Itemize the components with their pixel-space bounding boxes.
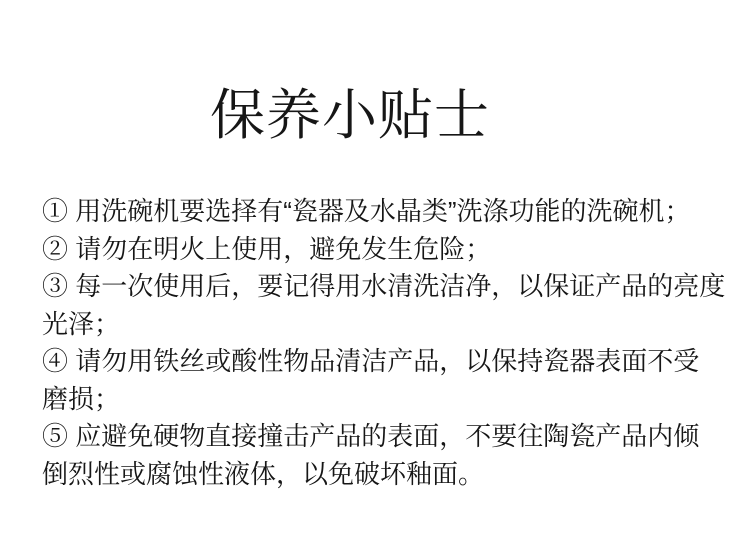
tip-2-line-1: ② 请勿在明火上使用，避免发生危险；	[42, 231, 747, 269]
page-title: 保养小贴士	[0, 84, 700, 146]
tip-5-line-2: 倒烈性或腐蚀性液体，以免破坏釉面。	[42, 456, 747, 494]
tip-item-3: ③ 每一次使用后，要记得用水清洗洁净，以保证产品的亮度 光泽；	[42, 268, 747, 343]
care-instructions-page: 保养小贴士 ① 用洗碗机要选择有“瓷器及水晶类”洗涤功能的洗碗机； ② 请勿在明…	[0, 0, 750, 542]
tip-item-4: ④ 请勿用铁丝或酸性物品清洁产品，以保持瓷器表面不受 磨损；	[42, 343, 747, 418]
tip-4-line-1: ④ 请勿用铁丝或酸性物品清洁产品，以保持瓷器表面不受	[42, 343, 747, 381]
tip-item-1: ① 用洗碗机要选择有“瓷器及水晶类”洗涤功能的洗碗机；	[42, 193, 747, 231]
tip-item-5: ⑤ 应避免硬物直接撞击产品的表面，不要往陶瓷产品内倾 倒烈性或腐蚀性液体，以免破…	[42, 418, 747, 493]
tip-1-line-1: ① 用洗碗机要选择有“瓷器及水晶类”洗涤功能的洗碗机；	[42, 193, 747, 231]
tip-item-2: ② 请勿在明火上使用，避免发生危险；	[42, 231, 747, 269]
tip-3-line-2: 光泽；	[42, 306, 747, 344]
tip-5-line-1: ⑤ 应避免硬物直接撞击产品的表面，不要往陶瓷产品内倾	[42, 418, 747, 456]
tips-list: ① 用洗碗机要选择有“瓷器及水晶类”洗涤功能的洗碗机； ② 请勿在明火上使用，避…	[42, 193, 747, 493]
tip-3-line-1: ③ 每一次使用后，要记得用水清洗洁净，以保证产品的亮度	[42, 268, 747, 306]
tip-4-line-2: 磨损；	[42, 381, 747, 419]
